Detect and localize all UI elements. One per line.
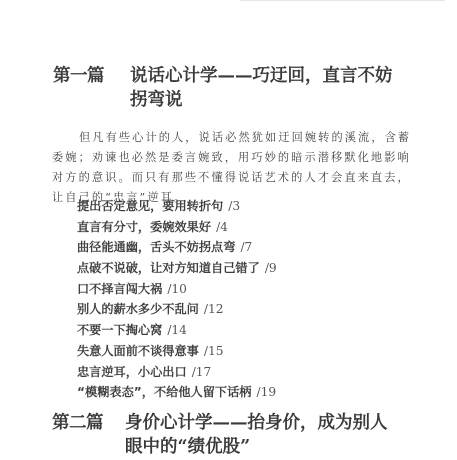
part-title-line-2: 眼中的“绩优股”	[125, 435, 388, 459]
part-title-line-1: 说话心计学——巧迂回，直言不妨	[130, 64, 393, 88]
toc-entry[interactable]: “模糊表态”，不给他人留下话柄/19	[77, 382, 277, 403]
toc-entry-page: /9	[265, 261, 277, 275]
toc-entry[interactable]: 别人的薪水多少不乱问/12	[77, 299, 277, 320]
toc-entry-title: 不要一下掏心窝	[77, 323, 162, 337]
toc-entry-title: 点破不说破，让对方知道自己错了	[77, 261, 260, 275]
toc-entry-page: /7	[240, 240, 252, 254]
toc-entry-title: 口不择言闯大祸	[77, 282, 162, 296]
toc-entry[interactable]: 曲径能通幽，舌头不妨拐点弯/7	[77, 237, 277, 258]
toc-entry-page: /14	[167, 323, 187, 337]
table-of-contents: 提出否定意见，要用转折句/3 直言有分寸，委婉效果好/4 曲径能通幽，舌头不妨拐…	[77, 196, 277, 403]
toc-entry-page: /15	[204, 344, 224, 358]
toc-entry-page: /10	[167, 282, 187, 296]
toc-entry-title: 别人的薪水多少不乱问	[77, 302, 199, 316]
part-title: 身价心计学——抬身价，成为别人 眼中的“绩优股”	[125, 411, 388, 459]
toc-entry-page: /12	[204, 302, 224, 316]
toc-entry-page: /4	[216, 220, 228, 234]
part-title-line-2: 拐弯说	[130, 88, 393, 112]
toc-entry[interactable]: 提出否定意见，要用转折句/3	[77, 196, 277, 217]
toc-entry-title: 失意人面前不谈得意事	[77, 344, 199, 358]
scan-artifact-line	[240, 0, 445, 1]
part-title: 说话心计学——巧迂回，直言不妨 拐弯说	[130, 64, 393, 112]
toc-entry[interactable]: 失意人面前不谈得意事/15	[77, 341, 277, 362]
toc-entry-page: /19	[256, 385, 276, 399]
toc-entry[interactable]: 忠言逆耳，小心出口/17	[77, 362, 277, 383]
part-number: 第一篇	[53, 64, 104, 88]
toc-entry-page: /3	[228, 199, 240, 213]
part-number: 第二篇	[52, 411, 103, 435]
toc-entry[interactable]: 直言有分寸，委婉效果好/4	[77, 217, 277, 238]
toc-entry-title: 忠言逆耳，小心出口	[77, 365, 187, 379]
toc-entry[interactable]: 口不择言闯大祸/10	[77, 279, 277, 300]
toc-entry-title: 提出否定意见，要用转折句	[77, 199, 223, 213]
toc-entry[interactable]: 不要一下掏心窝/14	[77, 320, 277, 341]
toc-entry-title: 曲径能通幽，舌头不妨拐点弯	[77, 240, 235, 254]
toc-entry-title: “模糊表态”，不给他人留下话柄	[77, 385, 251, 399]
part-title-line-1: 身价心计学——抬身价，成为别人	[125, 411, 388, 435]
toc-entry-title: 直言有分寸，委婉效果好	[77, 220, 211, 234]
toc-entry[interactable]: 点破不说破，让对方知道自己错了/9	[77, 258, 277, 279]
toc-entry-page: /17	[192, 365, 212, 379]
